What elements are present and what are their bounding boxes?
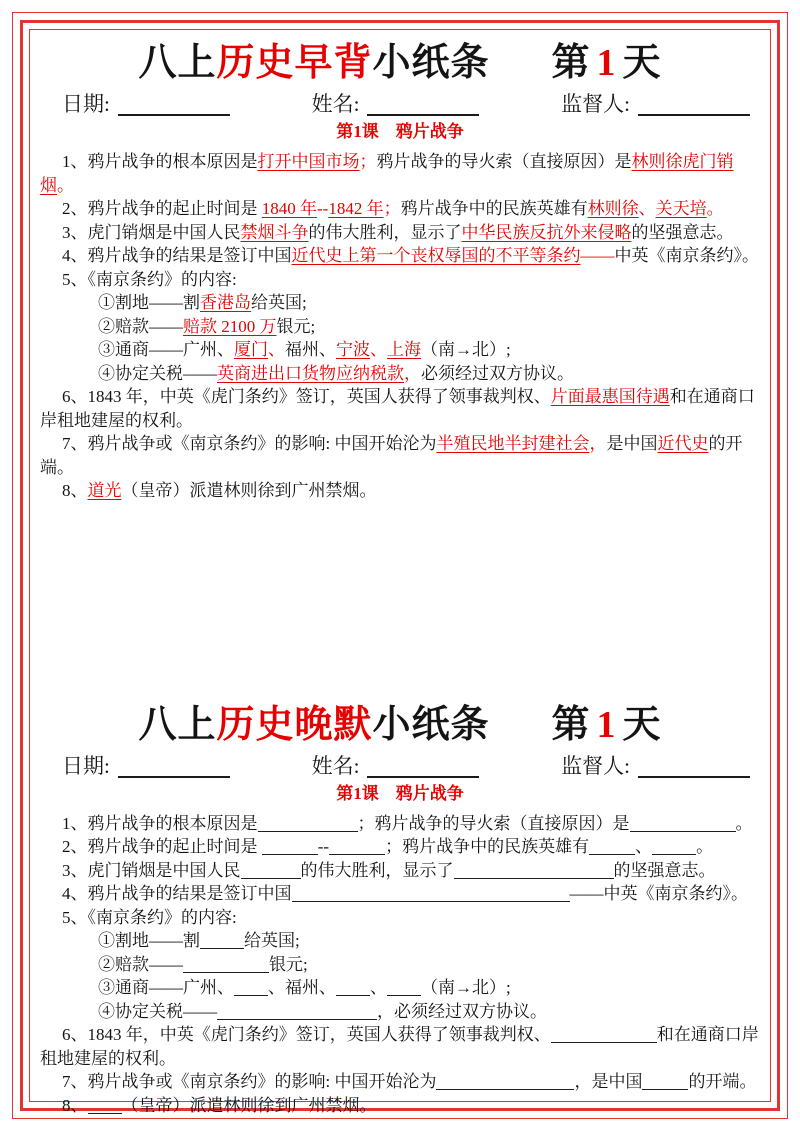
text-segment: 6、1843 年，中英《虎门条约》签订，英国人获得了领事裁判权、 (62, 387, 551, 406)
answer-text-segment: 近代史上第一个丧权辱国的不平等条约 (292, 246, 581, 265)
fill-in-blank (217, 1006, 377, 1020)
text-segment: 鸦片战争中的民族英雄有 (401, 199, 588, 218)
text-segment: 。 (707, 199, 724, 218)
answer-text-segment: 半殖民地半封建社会 (436, 434, 589, 453)
text-line: 7、鸦片战争或《南京条约》的影响: 中国开始沦为半殖民地半封建社会，是中国近代史… (40, 432, 760, 479)
supervisor-blank-line (638, 96, 750, 116)
lesson-heading: 第1课 鸦片战争 (40, 122, 760, 142)
text-segment: ； (384, 199, 401, 218)
text-segment: 2、鸦片战争的起止时间是 (62, 199, 262, 218)
text-segment: 4、鸦片战争的结果是签订中国 (62, 884, 292, 903)
text-line: ②赔款——赔款 2100 万银元; (40, 315, 760, 339)
text-line: 6、1843 年，中英《虎门条约》签订，英国人获得了领事裁判权、和在通商口岸租地… (40, 1023, 760, 1070)
text-segment: ；鸦片战争的导火索（直接原因）是 (358, 814, 630, 833)
fill-in-blank (652, 841, 696, 855)
supervisor-label: 监督人: (561, 92, 630, 116)
section-morning-recite: 八上历史早背小纸条第1天 日期: 姓名: 监督人: 第1课 鸦片战争 1、鸦片战… (40, 40, 760, 503)
name-label: 姓名: (312, 754, 360, 778)
day-label: 第 (552, 42, 591, 84)
text-segment: 4、鸦片战争的结果是签订中国 (62, 246, 292, 265)
answer-text-segment: 厦门 (234, 340, 268, 359)
text-segment: ④协定关税—— (98, 1002, 217, 1021)
answer-text-segment: 1842 年 (328, 199, 383, 218)
text-segment: 是中国 (606, 434, 657, 453)
text-segment: 8、 (62, 481, 88, 500)
content-lines: 1、鸦片战争的根本原因是打开中国市场；鸦片战争的导火索（直接原因）是林则徐虎门销… (40, 150, 760, 503)
supervisor-field: 监督人: (561, 92, 750, 116)
text-segment: ①割地——割 (98, 293, 200, 312)
answer-text-segment: 宁波 (336, 340, 370, 359)
header-fields-row: 日期: 姓名: 监督人: (62, 752, 750, 778)
text-segment: ——中英《南京条约》。 (570, 884, 749, 903)
text-segment: 的坚强意志。 (614, 861, 716, 880)
text-segment: ②赔款—— (98, 955, 183, 974)
answer-text-segment: 英商进出口货物应纳税款 (217, 364, 404, 383)
text-segment: 必须经过双方协议。 (421, 364, 574, 383)
title-part: 八上 (138, 42, 216, 84)
text-segment: ，必须经过双方协议。 (377, 1002, 547, 1021)
text-segment: ③通商——广州、 (98, 340, 234, 359)
fill-in-blank (234, 982, 268, 996)
text-segment: 、 (639, 199, 656, 218)
text-line: ④协定关税——，必须经过双方协议。 (40, 1000, 760, 1024)
text-line: ④协定关税——英商进出口货物应纳税款，必须经过双方协议。 (40, 362, 760, 386)
text-line: 2、鸦片战争的起止时间是 1840 年--1842 年；鸦片战争中的民族英雄有林… (40, 197, 760, 221)
supervisor-label: 监督人: (561, 754, 630, 778)
text-segment: 。 (736, 814, 753, 833)
text-segment: 的伟大胜利，显示了 (309, 223, 462, 242)
text-segment: 、 (370, 340, 387, 359)
text-line: 3、虎门销烟是中国人民的伟大胜利，显示了的坚强意志。 (40, 859, 760, 883)
text-line: ①割地——割香港岛给英国; (40, 291, 760, 315)
answer-text-segment: 中华民族反抗外来侵略 (462, 223, 632, 242)
text-segment: 的坚强意志。 (632, 223, 734, 242)
answer-text-segment: 1840 年 (262, 199, 317, 218)
fill-in-blank (88, 1100, 122, 1114)
text-segment: 1、鸦片战争的根本原因是 (62, 152, 258, 171)
text-segment: 3、虎门销烟是中国人民 (62, 223, 241, 242)
text-segment: ， (404, 364, 421, 383)
fill-in-blank (336, 982, 370, 996)
text-segment: 福州、 (285, 340, 336, 359)
text-segment: ①割地——割 (98, 931, 200, 950)
text-segment: 8、 (62, 1096, 88, 1115)
answer-text-segment: 香港岛 (200, 293, 251, 312)
name-field: 姓名: (312, 92, 480, 116)
text-segment: ；鸦片战争中的民族英雄有 (385, 837, 589, 856)
sheet-content: 八上历史早背小纸条第1天 日期: 姓名: 监督人: 第1课 鸦片战争 1、鸦片战… (40, 40, 760, 1117)
text-segment: ， (589, 434, 606, 453)
title-highlight: 历史早背 (216, 42, 372, 84)
text-line: 8、（皇帝）派遣林则徐到广州禁烟。 (40, 1094, 760, 1118)
lesson-heading: 第1课 鸦片战争 (40, 784, 760, 804)
text-line: 1、鸦片战争的根本原因是打开中国市场；鸦片战争的导火索（直接原因）是林则徐虎门销… (40, 150, 760, 197)
content-lines: 1、鸦片战争的根本原因是；鸦片战争的导火索（直接原因）是。2、鸦片战争的起止时间… (40, 812, 760, 1118)
text-segment: 给英国; (251, 293, 307, 312)
text-segment: -- (318, 837, 329, 856)
supervisor-blank-line (638, 758, 750, 778)
name-blank-line (367, 758, 479, 778)
fill-in-blank (183, 959, 269, 973)
text-segment: 、 (635, 837, 652, 856)
text-line: ②赔款——银元; (40, 953, 760, 977)
answer-text-segment: 上海 (387, 340, 421, 359)
title-highlight: 历史晚默 (216, 704, 372, 746)
text-segment: ④协定关税—— (98, 364, 217, 383)
day-number: 1 (597, 704, 617, 746)
text-line: 2、鸦片战争的起止时间是 --；鸦片战争中的民族英雄有、。 (40, 835, 760, 859)
fill-in-blank (292, 888, 570, 902)
text-segment: （南→北）; (421, 340, 511, 359)
text-segment: ，是中国 (574, 1072, 642, 1091)
text-segment: 、 (268, 340, 285, 359)
text-segment: 2、鸦片战争的起止时间是 (62, 837, 262, 856)
date-label: 日期: (62, 754, 110, 778)
text-line: 1、鸦片战争的根本原因是；鸦片战争的导火索（直接原因）是。 (40, 812, 760, 836)
study-sheet-page: { "colors": { "red_text": "#e60000", "bo… (0, 0, 800, 1131)
fill-in-blank (241, 865, 301, 879)
fill-in-blank (436, 1076, 574, 1090)
section-title: 八上历史晚默小纸条第1天 (40, 702, 760, 748)
name-blank-line (367, 96, 479, 116)
text-line: 3、虎门销烟是中国人民禁烟斗争的伟大胜利，显示了中华民族反抗外来侵略的坚强意志。 (40, 221, 760, 245)
answer-text-segment: 道光 (88, 481, 122, 500)
name-label: 姓名: (312, 92, 360, 116)
text-segment: （皇帝）派遣林则徐到广州禁烟。 (122, 1096, 377, 1115)
fill-in-blank (630, 818, 736, 832)
text-line: ③通商——广州、厦门、福州、宁波、上海（南→北）; (40, 338, 760, 362)
text-line: ③通商——广州、、福州、、（南→北）; (40, 976, 760, 1000)
day-label: 天 (623, 704, 662, 746)
section-title: 八上历史早背小纸条第1天 (40, 40, 760, 86)
text-segment: 7、鸦片战争或《南京条约》的影响: 中国开始沦为 (62, 1072, 436, 1091)
date-blank-line (118, 758, 230, 778)
day-label: 第 (552, 704, 591, 746)
text-line: 7、鸦片战争或《南京条约》的影响: 中国开始沦为，是中国的开端。 (40, 1070, 760, 1094)
day-number: 1 (597, 42, 617, 84)
name-field: 姓名: (312, 754, 480, 778)
text-line: 4、鸦片战争的结果是签订中国近代史上第一个丧权辱国的不平等条约——中英《南京条约… (40, 244, 760, 268)
answer-text-segment: 片面最惠国待遇 (551, 387, 670, 406)
text-line: 6、1843 年，中英《虎门条约》签订，英国人获得了领事裁判权、片面最惠国待遇和… (40, 385, 760, 432)
date-blank-line (118, 96, 230, 116)
fill-in-blank (642, 1076, 688, 1090)
text-segment: ； (360, 152, 377, 171)
supervisor-field: 监督人: (561, 754, 750, 778)
text-line: 8、道光（皇帝）派遣林则徐到广州禁烟。 (40, 479, 760, 503)
text-segment: 。 (696, 837, 713, 856)
fill-in-blank (329, 841, 385, 855)
fill-in-blank (551, 1029, 657, 1043)
header-fields-row: 日期: 姓名: 监督人: (62, 90, 750, 116)
text-segment: 6、1843 年，中英《虎门条约》签订，英国人获得了领事裁判权、 (62, 1025, 551, 1044)
text-segment: 给英国; (244, 931, 300, 950)
date-field: 日期: (62, 754, 230, 778)
text-segment: ②赔款—— (98, 317, 183, 336)
text-segment: ③通商——广州、 (98, 978, 234, 997)
day-label: 天 (623, 42, 662, 84)
text-segment: 5、《南京条约》的内容: (62, 908, 237, 927)
fill-in-blank (262, 841, 318, 855)
fill-in-blank (258, 818, 358, 832)
text-segment: 鸦片战争的导火索（直接原因）是 (377, 152, 632, 171)
answer-text-segment: 打开中国市场 (258, 152, 360, 171)
answer-text-segment: 赔款 2100 万 (183, 317, 277, 336)
text-segment: 7、鸦片战争或《南京条约》的影响: 中国开始沦为 (62, 434, 436, 453)
text-segment: 5、《南京条约》的内容: (62, 270, 237, 289)
fill-in-blank (454, 865, 614, 879)
text-line: ①割地——割给英国; (40, 929, 760, 953)
title-part: 小纸条 (372, 704, 489, 746)
text-segment: 的伟大胜利，显示了 (301, 861, 454, 880)
text-line: 5、《南京条约》的内容: (40, 268, 760, 292)
fill-in-blank (589, 841, 635, 855)
text-segment: 、福州、 (268, 978, 336, 997)
title-part: 八上 (138, 704, 216, 746)
text-segment: 银元; (277, 317, 316, 336)
text-line: 5、《南京条约》的内容: (40, 906, 760, 930)
text-segment: 银元; (269, 955, 308, 974)
text-segment: 的开端。 (688, 1072, 756, 1091)
date-field: 日期: (62, 92, 230, 116)
text-segment: 、 (370, 978, 387, 997)
fill-in-blank (387, 982, 421, 996)
answer-text-segment: 关天培 (656, 199, 707, 218)
answer-text-segment: 近代史 (657, 434, 708, 453)
title-part: 小纸条 (372, 42, 489, 84)
answer-text-segment: 禁烟斗争 (241, 223, 309, 242)
fill-in-blank (200, 935, 244, 949)
text-segment: （皇帝）派遣林则徐到广州禁烟。 (122, 481, 377, 500)
text-segment: 中英《南京条约》。 (615, 246, 760, 265)
text-segment: —— (581, 246, 615, 265)
text-segment: 1、鸦片战争的根本原因是 (62, 814, 258, 833)
text-line: 4、鸦片战争的结果是签订中国——中英《南京条约》。 (40, 882, 760, 906)
text-segment: 。 (57, 176, 74, 195)
date-label: 日期: (62, 92, 110, 116)
answer-text-segment: 林则徐 (588, 199, 639, 218)
section-evening-quiz: 八上历史晚默小纸条第1天 日期: 姓名: 监督人: 第1课 鸦片战争 1、鸦片战… (40, 702, 760, 1118)
text-segment: -- (317, 199, 328, 218)
text-segment: （南→北）; (421, 978, 511, 997)
text-segment: 3、虎门销烟是中国人民 (62, 861, 241, 880)
